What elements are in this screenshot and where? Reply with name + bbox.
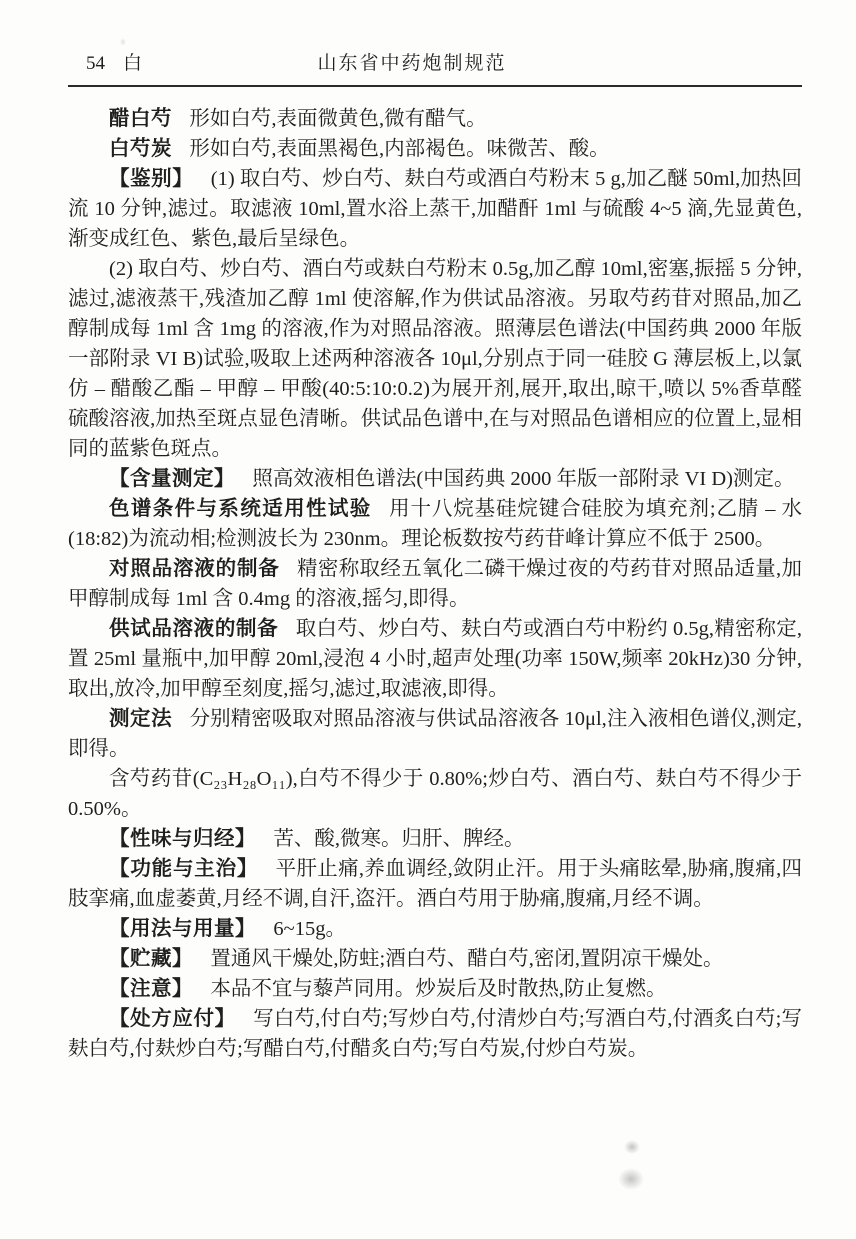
paragraph-lead: 【贮藏】 (109, 947, 210, 970)
scan-smudge (618, 1168, 644, 1190)
paragraph-lead: 测定法 (109, 707, 190, 730)
paragraph-lead: 【鉴别】 (109, 167, 211, 190)
paragraph-text: 形如白芍,表面微黄色,微有醋气。 (189, 108, 486, 130)
page-content: 54 白 山东省中药炮制规范 醋白芍形如白芍,表面微黄色,微有醋气。 白芍炭形如… (68, 48, 802, 1064)
paragraph: 【贮藏】置通风干燥处,防蛀;酒白芍、醋白芍,密闭,置阴凉干燥处。 (68, 944, 802, 974)
paragraph-lead: 供试品溶液的制备 (109, 617, 296, 640)
paragraph: (2) 取白芍、炒白芍、酒白芍或麸白芍粉末 0.5g,加乙醇 10ml,密塞,振… (68, 254, 802, 464)
paragraph: 对照品溶液的制备精密称取经五氧化二磷干燥过夜的芍药苷对照品适量,加甲醇制成每 1… (68, 554, 802, 614)
scanned-document-page: 54 白 山东省中药炮制规范 醋白芍形如白芍,表面微黄色,微有醋气。 白芍炭形如… (0, 0, 856, 1239)
page-header: 54 白 山东省中药炮制规范 (68, 48, 802, 87)
paragraph: 醋白芍形如白芍,表面微黄色,微有醋气。 (68, 104, 802, 134)
paragraph: 【处方应付】写白芍,付白芍;写炒白芍,付清炒白芍;写酒白芍,付酒炙白芍;写麸白芍… (68, 1004, 802, 1064)
paragraph-lead: 对照品溶液的制备 (109, 557, 297, 580)
paragraph-text: 苦、酸,微寒。归肝、脾经。 (273, 828, 524, 850)
book-title: 山东省中药炮制规范 (186, 48, 638, 75)
paragraph: 白芍炭形如白芍,表面黑褐色,内部褐色。味微苦、酸。 (68, 134, 802, 164)
scan-smudge (624, 1140, 640, 1154)
paragraph-text: 含芍药苷(C₂₃H₂₈O₁₁),白芍不得少于 0.80%;炒白芍、酒白芍、麸白芍… (68, 768, 802, 820)
paragraph: 含芍药苷(C₂₃H₂₈O₁₁),白芍不得少于 0.80%;炒白芍、酒白芍、麸白芍… (68, 764, 802, 824)
paragraph-text: (2) 取白芍、炒白芍、酒白芍或麸白芍粉末 0.5g,加乙醇 10ml,密塞,振… (68, 258, 802, 460)
paragraph: 【鉴别】(1) 取白芍、炒白芍、麸白芍或酒白芍粉末 5 g,加乙醚 50ml,加… (68, 164, 802, 254)
paragraph: 【注意】本品不宜与藜芦同用。炒炭后及时散热,防止复燃。 (68, 974, 802, 1004)
paragraph-text: 本品不宜与藜芦同用。炒炭后及时散热,防止复燃。 (210, 978, 666, 1000)
paragraph-lead: 醋白芍 (109, 107, 189, 130)
page-number: 54 (86, 53, 105, 75)
document-body: 醋白芍形如白芍,表面微黄色,微有醋气。 白芍炭形如白芍,表面黑褐色,内部褐色。味… (68, 104, 802, 1064)
paragraph-lead: 【用法与用量】 (109, 917, 273, 940)
paragraph-lead: 【处方应付】 (109, 1007, 253, 1030)
paragraph: 测定法分别精密吸取对照品溶液与供试品溶液各 10μl,注入液相色谱仪,测定,即得… (68, 704, 802, 764)
section-character: 白 (123, 48, 142, 75)
paragraph: 【功能与主治】平肝止痛,养血调经,敛阴止汗。用于头痛眩晕,胁痛,腹痛,四肢挛痛,… (68, 854, 802, 914)
paragraph-text: 6~15g。 (273, 918, 346, 940)
paragraph: 色谱条件与系统适用性试验用十八烷基硅烷键合硅胶为填充剂;乙腈 – 水(18:82… (68, 494, 802, 554)
scan-smudge (120, 38, 126, 46)
paragraph: 【性味与归经】苦、酸,微寒。归肝、脾经。 (68, 824, 802, 854)
paragraph-lead: 【含量测定】 (109, 467, 252, 490)
paragraph-text: 照高效液相色谱法(中国药典 2000 年版一部附录 VI D)测定。 (252, 468, 794, 490)
paragraph-lead: 色谱条件与系统适用性试验 (109, 497, 389, 520)
paragraph: 【含量测定】照高效液相色谱法(中国药典 2000 年版一部附录 VI D)测定。 (68, 464, 802, 494)
paragraph-text: 置通风干燥处,防蛀;酒白芍、醋白芍,密闭,置阴凉干燥处。 (210, 948, 723, 970)
paragraph: 供试品溶液的制备取白芍、炒白芍、麸白芍或酒白芍中粉约 0.5g,精密称定,置 2… (68, 614, 802, 704)
paragraph-lead: 【性味与归经】 (109, 827, 273, 850)
paragraph-lead: 【注意】 (109, 977, 210, 1000)
paragraph: 【用法与用量】6~15g。 (68, 914, 802, 944)
paragraph-lead: 【功能与主治】 (109, 857, 276, 880)
paragraph-lead: 白芍炭 (109, 137, 189, 160)
paragraph-text: 形如白芍,表面黑褐色,内部褐色。味微苦、酸。 (189, 138, 609, 160)
